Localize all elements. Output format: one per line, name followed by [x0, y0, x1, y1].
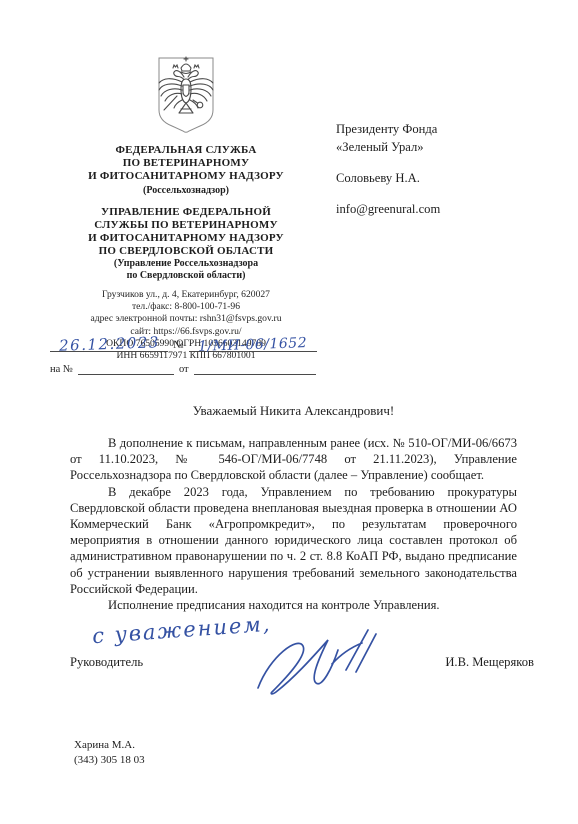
agency-name-line: И ФИТОСАНИТАРНОМУ НАДЗОРУ: [40, 170, 332, 183]
body-paragraph: Исполнение предписания находится на конт…: [70, 597, 517, 613]
recipient-org-line: «Зеленый Урал»: [336, 138, 440, 156]
executor-block: Харина М.А. (343) 305 18 03: [74, 738, 145, 767]
agency-short-name: (Россельхознадзор): [40, 184, 332, 197]
email-line: адрес электронной почты: rshn31@fsvps.go…: [40, 313, 332, 325]
salutation: Уважаемый Никита Александрович!: [70, 403, 517, 419]
executor-phone: (343) 305 18 03: [74, 753, 145, 768]
reply-number-blank: [78, 363, 174, 375]
reply-date-blank: [194, 363, 316, 375]
agency-name-line: ФЕДЕРАЛЬНАЯ СЛУЖБА: [40, 144, 332, 157]
department-name-line: СЛУЖБЫ ПО ВЕТЕРИНАРНОМУ: [40, 219, 332, 232]
signer-position: Руководитель: [70, 655, 143, 670]
reference-block: 26.12.2023 № 1/МИ-06/1652 на № от: [50, 333, 322, 375]
reply-prefix-label: на №: [50, 364, 73, 375]
department-name-block: УПРАВЛЕНИЕ ФЕДЕРАЛЬНОЙ СЛУЖБЫ ПО ВЕТЕРИН…: [40, 206, 332, 282]
recipient-title-line: Президенту Фонда: [336, 120, 440, 138]
phone-fax: тел./факс: 8-800-100-71-96: [40, 301, 332, 313]
department-short-name-line: по Свердловской области): [40, 270, 332, 282]
reply-from-label: от: [179, 364, 189, 375]
recipient-name: Соловьеву Н.А.: [336, 169, 440, 187]
signer-name: И.В. Мещеряков: [445, 655, 534, 670]
letterhead: ФЕДЕРАЛЬНАЯ СЛУЖБА ПО ВЕТЕРИНАРНОМУ И ФИ…: [40, 55, 332, 362]
department-name-line: И ФИТОСАНИТАРНОМУ НАДЗОРУ: [40, 232, 332, 245]
body-paragraph: В декабре 2023 года, Управлением по треб…: [70, 484, 517, 597]
recipient-block: Президенту Фонда «Зеленый Урал» Соловьев…: [336, 120, 440, 218]
letter-body: В дополнение к письмам, направленным ран…: [70, 435, 517, 613]
number-blank-line: 1/МИ-06/1652: [189, 335, 317, 352]
coat-of-arms-icon: [154, 55, 218, 140]
recipient-email: info@greenural.com: [336, 200, 440, 218]
outgoing-reference-line: 26.12.2023 № 1/МИ-06/1652: [50, 333, 322, 352]
department-short-name-line: (Управление Россельхознадзора: [40, 258, 332, 270]
handwritten-date: 26.12.2023: [58, 333, 159, 355]
department-name-line: ПО СВЕРДЛОВСКОЙ ОБЛАСТИ: [40, 245, 332, 258]
date-blank-line: 26.12.2023: [50, 333, 168, 352]
number-sign: №: [173, 339, 184, 352]
handwritten-number: 1/МИ-06/1652: [198, 335, 308, 355]
handwritten-signature: [248, 622, 398, 712]
postal-address: Грузчиков ул., д. 4, Екатеринбург, 62002…: [40, 289, 332, 301]
executor-name: Харина М.А.: [74, 738, 145, 753]
body-paragraph: В дополнение к письмам, направленным ран…: [70, 435, 517, 484]
agency-name-line: ПО ВЕТЕРИНАРНОМУ: [40, 157, 332, 170]
scanned-letter-page: ФЕДЕРАЛЬНАЯ СЛУЖБА ПО ВЕТЕРИНАРНОМУ И ФИ…: [0, 0, 578, 824]
department-name-line: УПРАВЛЕНИЕ ФЕДЕРАЛЬНОЙ: [40, 206, 332, 219]
reply-reference-line: на № от: [50, 363, 322, 375]
handwritten-closing: с уважением,: [91, 612, 272, 648]
